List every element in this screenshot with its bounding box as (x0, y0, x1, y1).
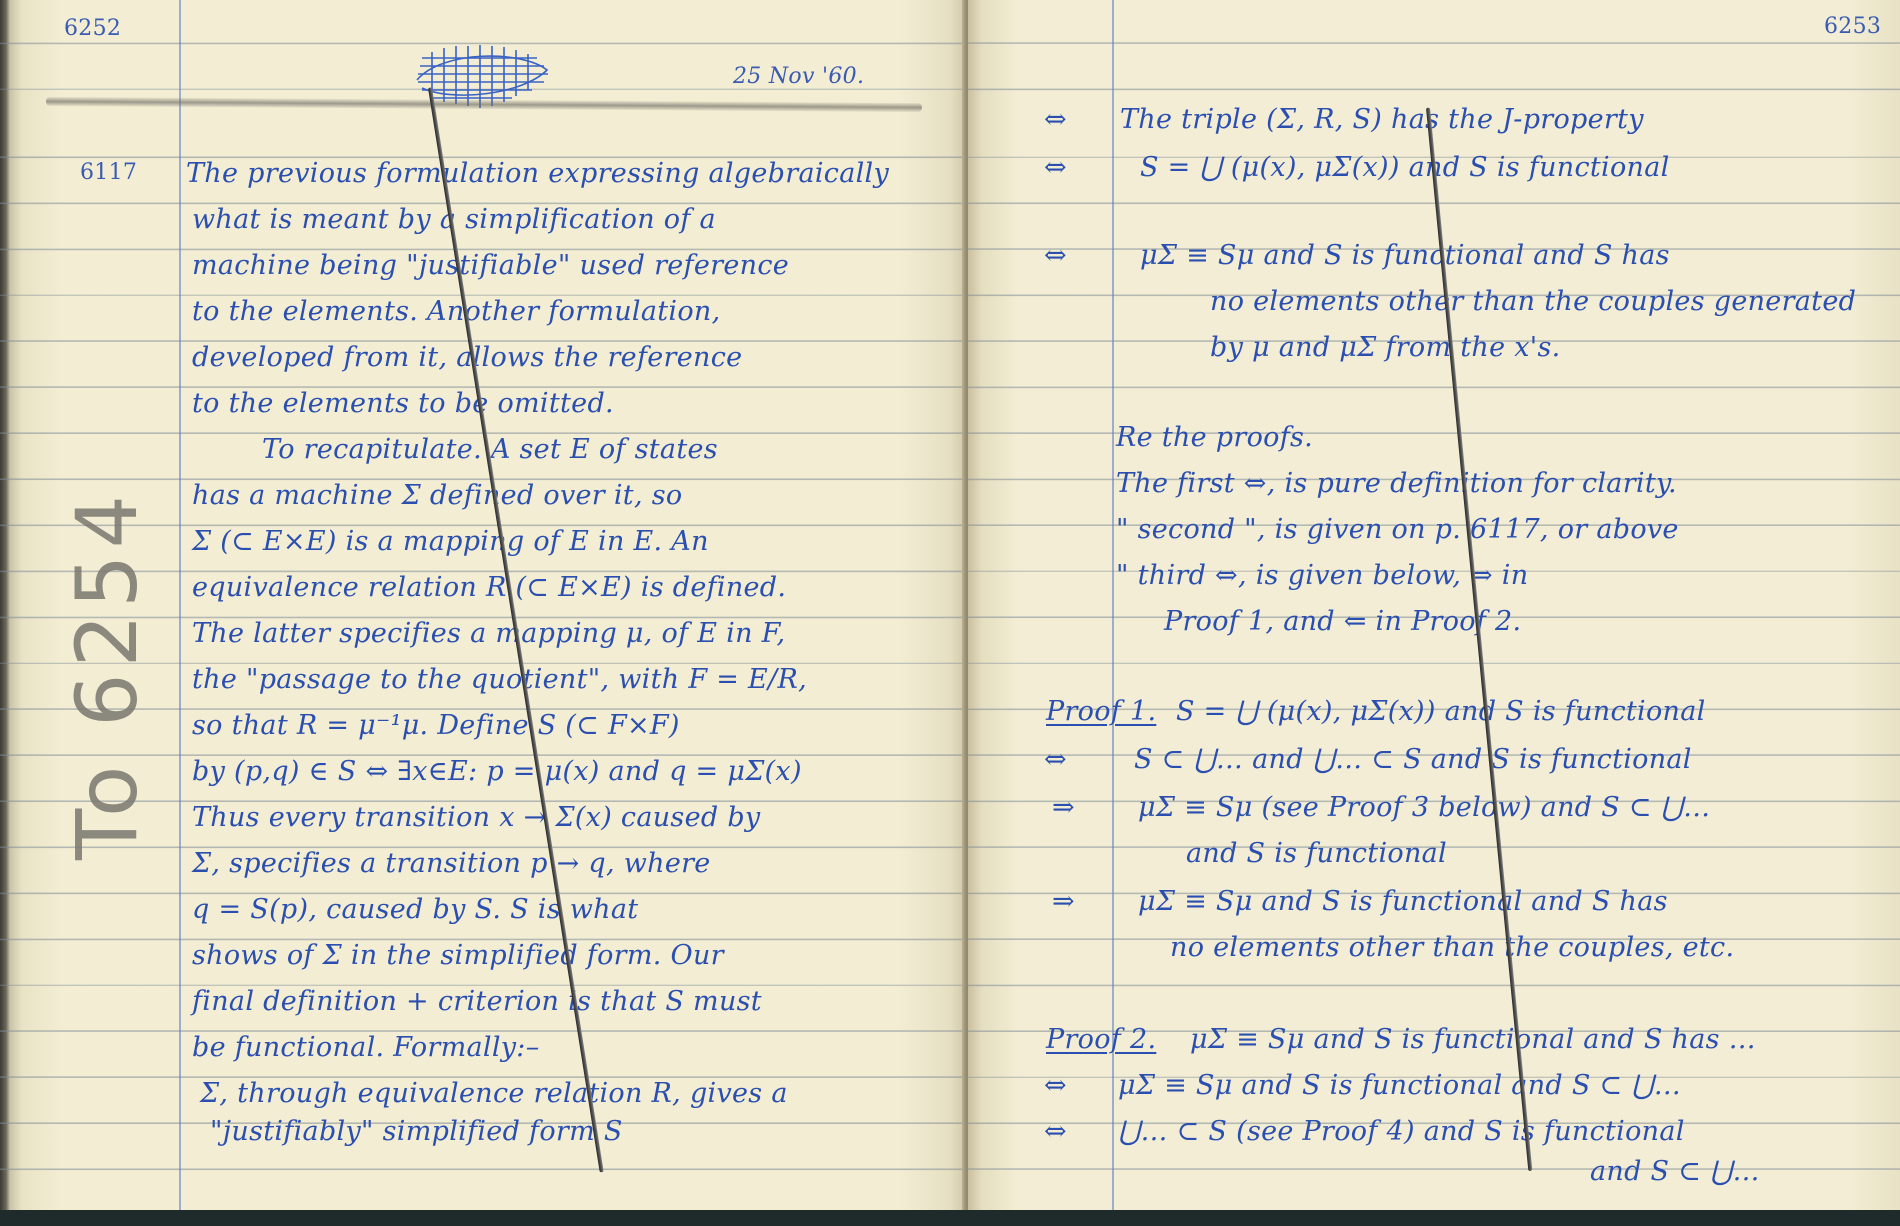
symbol-iff: ⇔ (1044, 744, 1067, 775)
text-line: be functional. Formally:– (192, 1032, 540, 1063)
text-line: ⋃… ⊂ S (see Proof 4) and S is functional (1118, 1116, 1685, 1147)
text-line: μΣ ≡ Sμ and S is functional and S ⊂ ⋃… (1118, 1070, 1681, 1101)
text-line: developed from it, allows the reference (192, 342, 742, 373)
text-line: The previous formulation expressing alge… (186, 158, 889, 189)
text-line: S = ⋃ (μ(x), μΣ(x)) and S is functional (1140, 152, 1670, 183)
text-line: machine being "justifiable" used referen… (192, 250, 789, 281)
symbol-iff: ⇔ (1044, 1070, 1067, 1101)
text-line: no elements other than the couples gener… (1210, 286, 1856, 317)
text-line: μΣ ≡ Sμ and S is functional and S has (1140, 240, 1670, 271)
text-line: The first ⇔, is pure definition for clar… (1116, 468, 1677, 499)
margin-reference: 6117 (80, 160, 137, 185)
text-line: " second ", is given on p. 6117, or abov… (1116, 514, 1679, 545)
left-page: 6252 25 Nov '60. 6117 To 6254 The previo… (0, 0, 966, 1218)
text-line: Σ, through equivalence relation R, gives… (200, 1078, 788, 1109)
symbol-implies: ⇒ (1052, 792, 1075, 823)
text-line: to the elements. Another formulation, (192, 296, 720, 327)
text-line: so that R = μ⁻¹μ. Define S (⊂ F×F) (192, 710, 680, 741)
text-line: "justifiably" simplified form S (210, 1116, 623, 1147)
symbol-iff: ⇔ (1044, 1116, 1067, 1147)
page-number: 6253 (1824, 14, 1881, 39)
text-line: Thus every transition x → Σ(x) caused by (192, 802, 760, 833)
pencil-cross-reference: To 6254 (58, 489, 156, 860)
text-line: and S is functional (1186, 838, 1447, 869)
margin-line (179, 0, 181, 1218)
text-line: q = S(p), caused by S. S is what (192, 894, 638, 925)
text-line: shows of Σ in the simplified form. Our (192, 940, 724, 971)
text-line: Proof 1, and ⇐ in Proof 2. (1164, 606, 1521, 637)
text-line: no elements other than the couples, etc. (1170, 932, 1734, 963)
text-line: The latter specifies a mapping μ, of E i… (192, 618, 785, 649)
text-line: by (p,q) ∈ S ⇔ ∃x∈E: p = μ(x) and q = μΣ… (192, 756, 802, 787)
proof-label: Proof 1. (1046, 696, 1156, 727)
text-line: Σ (⊂ E×E) is a mapping of E in E. An (192, 526, 709, 557)
text-line: μΣ ≡ Sμ (see Proof 3 below) and S ⊂ ⋃… (1138, 792, 1710, 823)
page-bottom-edge (0, 1210, 1900, 1218)
text-line: μΣ ≡ Sμ and S is functional and S has (1138, 886, 1668, 917)
text-line: μΣ ≡ Sμ and S is functional and S has … (1190, 1024, 1756, 1055)
text-line: equivalence relation R (⊂ E×E) is define… (192, 572, 786, 603)
symbol-iff: ⇔ (1044, 240, 1067, 271)
text-line: has a machine Σ defined over it, so (192, 480, 682, 511)
symbol-iff: ⇔ (1044, 104, 1067, 135)
proof-label: Proof 2. (1046, 1024, 1156, 1055)
text-line: final definition + criterion is that S m… (192, 986, 762, 1017)
notebook-spread: 6252 25 Nov '60. 6117 To 6254 The previo… (0, 0, 1900, 1218)
text-line: Σ, specifies a transition p → q, where (192, 848, 711, 879)
text-line: to the elements to be omitted. (192, 388, 614, 419)
text-line: and S ⊂ ⋃… (1590, 1156, 1760, 1187)
text-line: by μ and μΣ from the x's. (1210, 332, 1561, 363)
entry-date: 25 Nov '60. (733, 64, 864, 89)
text-line: the "passage to the quotient", with F = … (192, 664, 807, 695)
text-line: " third ⇔, is given below, ⇒ in (1116, 560, 1528, 591)
text-line: The triple (Σ, R, S) has the J-property (1120, 104, 1644, 135)
symbol-iff: ⇔ (1044, 152, 1067, 183)
page-number: 6252 (64, 16, 121, 41)
text-line: Re the proofs. (1116, 422, 1313, 453)
right-page: 6253 ⇔ The triple (Σ, R, S) has the J-pr… (968, 0, 1900, 1218)
text-line: S = ⋃ (μ(x), μΣ(x)) and S is functional (1176, 696, 1706, 727)
text-line: S ⊂ ⋃… and ⋃… ⊂ S and S is functional (1134, 744, 1692, 775)
symbol-implies: ⇒ (1052, 886, 1075, 917)
